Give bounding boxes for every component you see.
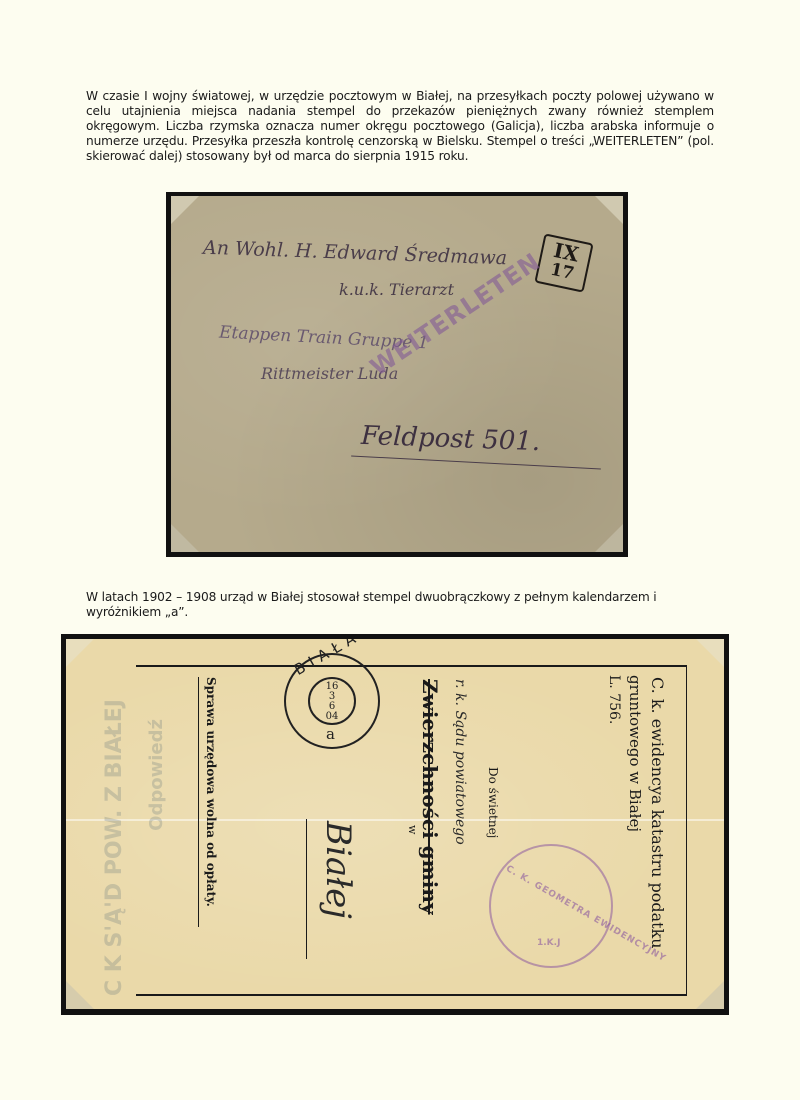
note-rule: [198, 677, 199, 927]
envelope-mount: An Wohl. H. Edward Średmawa k.u.k. Tiera…: [166, 192, 628, 557]
official-note: Sprawa urzędowa wolna od opłaty.: [204, 677, 218, 907]
mount-corner: [696, 639, 724, 667]
addressee-printed: Zwierzchności gminy: [418, 679, 442, 915]
address-line: An Wohl. H. Edward Średmawa: [203, 237, 508, 270]
address-line: Feldpost 501.: [361, 421, 541, 457]
w-label: w: [406, 825, 419, 834]
mount-corner: [595, 524, 623, 552]
mount-corner: [171, 524, 199, 552]
ghost-print: C K S'Ą'D POW. Z BIAŁEJ: [102, 699, 127, 996]
mount-corner: [595, 196, 623, 224]
datestamp-year: 04: [310, 712, 354, 722]
official-card: C K S'Ą'D POW. Z BIAŁEJ Odpowiedź C. k. …: [66, 639, 724, 1009]
card-number: L. 756.: [606, 675, 622, 724]
datestamp-city: BIAŁA: [291, 639, 364, 679]
seal-code: 1.K.J: [537, 938, 560, 948]
card-title-line2: gruntowego w Białej: [626, 675, 644, 832]
address-line: k.u.k. Tierarzt: [339, 280, 454, 299]
frame-rule: [136, 665, 686, 667]
place-rule: [306, 819, 307, 959]
mount-corner: [171, 196, 199, 224]
feldpost-envelope: An Wohl. H. Edward Średmawa k.u.k. Tiera…: [171, 196, 623, 552]
caption-biala-datestamp: W latach 1902 – 1908 urząd w Białej stos…: [86, 590, 714, 620]
geometra-seal: C. K. GEOMETRA EWIDENCYJNY 1.K.J: [489, 844, 613, 968]
seal-text: C. K. GEOMETRA EWIDENCYJNY: [504, 864, 668, 964]
mount-corner: [66, 639, 94, 667]
do-label: Do świetnej: [486, 767, 500, 838]
datestamp-distinguisher: a: [326, 725, 335, 743]
ghost-print: Odpowiedź: [146, 719, 167, 831]
card-mount: C K S'Ą'D POW. Z BIAŁEJ Odpowiedź C. k. …: [61, 634, 729, 1015]
district-stamp: IX 17: [534, 233, 593, 292]
frame-rule: [136, 994, 686, 996]
addressee-handwritten: r. k. Sądu powiatowego: [452, 679, 468, 845]
mount-corner: [66, 981, 94, 1009]
card-title-line1: C. k. ewidencya katastru podatku: [648, 677, 667, 949]
caption-wwi-feldpost: W czasie I wojny światowej, w urzędzie p…: [86, 89, 714, 164]
biala-datestamp: BIAŁA 16 3 6 04 a: [284, 653, 380, 749]
place-handwritten: Białej: [318, 821, 358, 919]
frame-rule: [686, 665, 687, 996]
address-underline: [351, 455, 601, 469]
mount-corner: [696, 981, 724, 1009]
datestamp-calendar: 16 3 6 04: [308, 677, 356, 725]
